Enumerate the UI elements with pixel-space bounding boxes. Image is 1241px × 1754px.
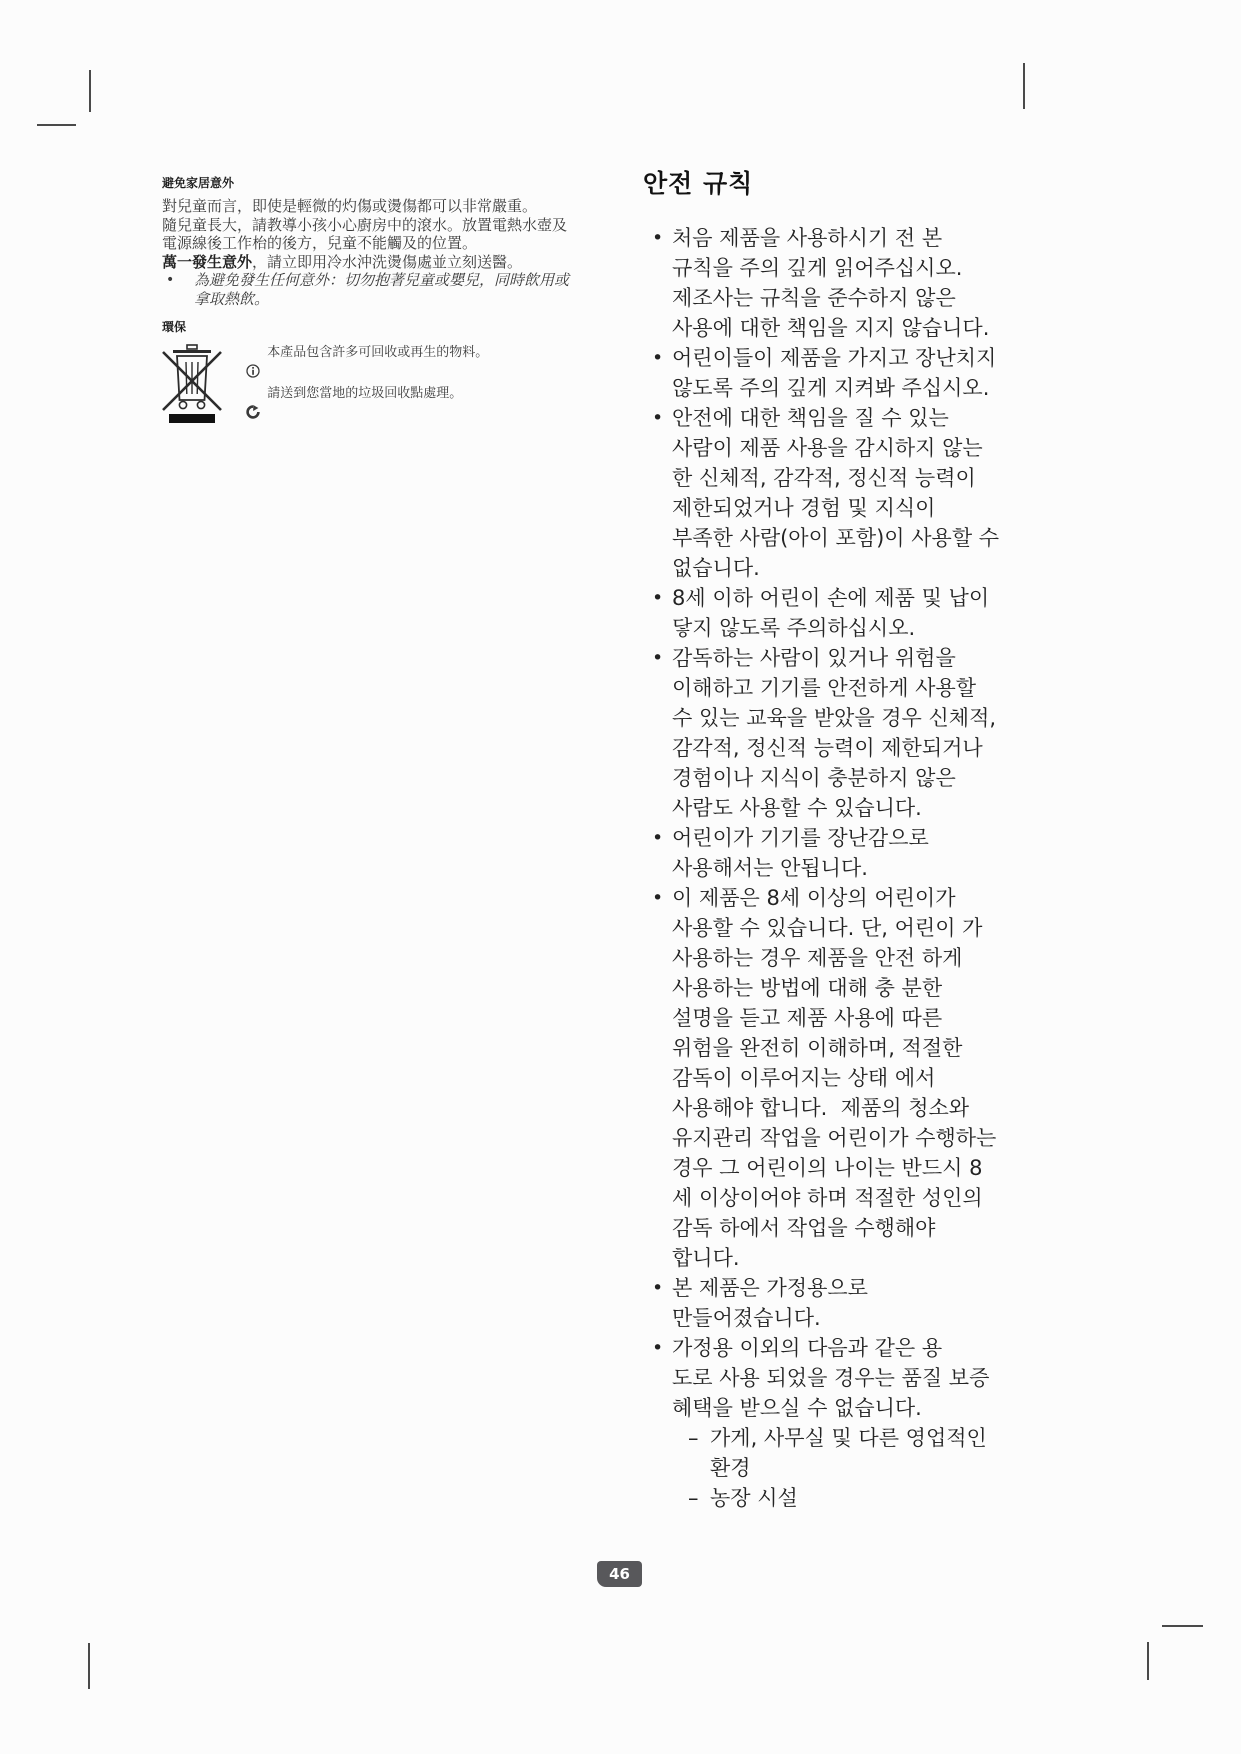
rule-line: 사람도 사용할 수 있습니다. xyxy=(672,793,1103,823)
rule-text: 본 제품은 가정용으로만들어졌습니다. xyxy=(672,1273,1103,1333)
rule-text: 어린이들이 제품을 가지고 장난치지않도록 주의 깊게 지켜봐 주십시오. xyxy=(672,343,1103,403)
rule-line: 이 제품은 8세 이상의 어린이가 xyxy=(672,883,1103,913)
recycle-arrow-icon xyxy=(246,405,260,419)
bullet-dot: • xyxy=(643,643,672,673)
weee-crossed-bin-icon xyxy=(162,343,222,423)
safety-rule-item: •처음 제품을 사용하시기 전 본규칙을 주의 깊게 읽어주십시오.제조사는 규… xyxy=(643,223,1103,343)
rule-line: 어린이가 기기를 장난감으로 xyxy=(672,823,1103,853)
recycle-arrow-icon xyxy=(238,386,260,425)
safety-rule-item: •어린이가 기기를 장난감으로사용해서는 안됩니다. xyxy=(643,823,1103,883)
bullet-line: 為避免發生任何意外：切勿抱著兒童或嬰兒，同時飲用或 xyxy=(194,271,569,290)
section-heading-environment: 環保 xyxy=(162,320,622,334)
accidents-bullet-text: 為避免發生任何意外：切勿抱著兒童或嬰兒，同時飲用或拿取熱飲。 xyxy=(194,271,569,308)
rule-line: 닿지 않도록 주의하십시오. xyxy=(672,613,1103,643)
rule-line: 감독 하에서 작업을 수행해야 xyxy=(672,1213,1103,1243)
rule-line: 합니다. xyxy=(672,1243,1103,1273)
environment-notes: 本產品包含許多可回收或再生的物料。 請送到您當地的垃圾回收點處理。 xyxy=(238,343,488,425)
rule-line: 혜택을 받으실 수 없습니다. xyxy=(672,1393,1103,1423)
rule-line: 감독이 이루어지는 상태 에서 xyxy=(672,1063,1103,1093)
rule-line: 환경 xyxy=(710,1453,1103,1483)
info-circle-icon xyxy=(246,364,260,378)
rule-line: 사람이 제품 사용을 감시하지 않는 xyxy=(672,433,1103,463)
rule-line: 세 이상이어야 하며 적절한 성인의 xyxy=(672,1183,1103,1213)
emergency-rest: ，請立即用冷水沖洗燙傷處並立刻送醫。 xyxy=(252,253,522,271)
section-heading-accidents: 避免家居意外 xyxy=(162,176,622,190)
dash-marker: – xyxy=(688,1423,710,1453)
rule-line: 사용할 수 있습니다. 단, 어린이 가 xyxy=(672,913,1103,943)
crop-mark xyxy=(1162,1625,1203,1627)
rule-line: 사용하는 방법에 대해 충 분한 xyxy=(672,973,1103,1003)
rule-line: 만들어졌습니다. xyxy=(672,1303,1103,1333)
crop-mark xyxy=(88,1643,90,1689)
bullet-dot: • xyxy=(643,823,672,853)
bullet-dot: • xyxy=(643,583,672,613)
sub-list-item: –농장 시설 xyxy=(688,1483,1103,1513)
safety-rule-item: •안전에 대한 책임을 질 수 있는사람이 제품 사용을 감시하지 않는한 신체… xyxy=(643,403,1103,583)
rule-line: 부족한 사람(아이 포함)이 사용할 수 xyxy=(672,523,1103,553)
bullet-dot: • xyxy=(643,403,672,433)
bullet-line: 拿取熱飲。 xyxy=(194,290,569,309)
environment-note: 本產品包含許多可回收或再生的物料。 xyxy=(238,343,488,384)
chinese-column: 避免家居意外 對兒童而言，即使是輕微的灼傷或燙傷都可以非常嚴重。隨兒童長大，請教… xyxy=(162,176,622,425)
rule-line: 사용해야 합니다. 제품의 청소와 xyxy=(672,1093,1103,1123)
bullet-dot: • xyxy=(643,883,672,913)
page-number-badge: 46 xyxy=(597,1561,642,1587)
rule-line: 사용에 대한 책임을 지지 않습니다. xyxy=(672,313,1103,343)
accidents-bullet: • 為避免發生任何意外：切勿抱著兒童或嬰兒，同時飲用或拿取熱飲。 xyxy=(162,271,622,308)
rule-line: 어린이들이 제품을 가지고 장난치지 xyxy=(672,343,1103,373)
bullet-dot: • xyxy=(643,1333,672,1363)
bullet-dot: • xyxy=(643,223,672,253)
paragraph-line: 對兒童而言，即使是輕微的灼傷或燙傷都可以非常嚴重。 xyxy=(162,197,622,216)
rule-text: 8세 이하 어린이 손에 제품 및 납이닿지 않도록 주의하십시오. xyxy=(672,583,1103,643)
rule-text: 가정용 이외의 다음과 같은 용도로 사용 되었을 경우는 품질 보증혜택을 받… xyxy=(672,1333,1103,1423)
rule-line: 감각적, 정신적 능력이 제한되거나 xyxy=(672,733,1103,763)
info-circle-icon xyxy=(238,345,260,384)
page-title: 안전 규칙 xyxy=(643,168,1103,200)
rule-line: 처음 제품을 사용하시기 전 본 xyxy=(672,223,1103,253)
crop-mark xyxy=(1147,1642,1149,1680)
paragraph-line: 隨兒童長大，請教導小孩小心廚房中的滾水。放置電熱水壺及 xyxy=(162,216,622,235)
rule-line: 않도록 주의 깊게 지켜봐 주십시오. xyxy=(672,373,1103,403)
rule-line: 규칙을 주의 깊게 읽어주십시오. xyxy=(672,253,1103,283)
rule-text: 이 제품은 8세 이상의 어린이가사용할 수 있습니다. 단, 어린이 가사용하… xyxy=(672,883,1103,1273)
rule-line: 농장 시설 xyxy=(710,1483,1103,1513)
rule-line: 한 신체적, 감각적, 정신적 능력이 xyxy=(672,463,1103,493)
rule-text: 안전에 대한 책임을 질 수 있는사람이 제품 사용을 감시하지 않는한 신체적… xyxy=(672,403,1103,583)
bullet-dot: • xyxy=(643,1273,672,1303)
environment-note-text: 本產品包含許多可回收或再生的物料。 xyxy=(267,343,488,362)
rule-line: 이해하고 기기를 안전하게 사용할 xyxy=(672,673,1103,703)
safety-rule-item: •가정용 이외의 다음과 같은 용도로 사용 되었을 경우는 품질 보증혜택을 … xyxy=(643,1333,1103,1423)
rule-line: 감독하는 사람이 있거나 위험을 xyxy=(672,643,1103,673)
rule-line: 경험이나 지식이 충분하지 않은 xyxy=(672,763,1103,793)
environment-note-text: 請送到您當地的垃圾回收點處理。 xyxy=(267,384,462,403)
korean-column: 안전 규칙 •처음 제품을 사용하시기 전 본규칙을 주의 깊게 읽어주십시오.… xyxy=(643,168,1103,1513)
paragraph-line: 電源線後工作枱的後方，兒童不能觸及的位置。 xyxy=(162,234,622,253)
rule-line: 도로 사용 되었을 경우는 품질 보증 xyxy=(672,1363,1103,1393)
safety-rule-item: •8세 이하 어린이 손에 제품 및 납이닿지 않도록 주의하십시오. xyxy=(643,583,1103,643)
rule-line: 사용해서는 안됩니다. xyxy=(672,853,1103,883)
emergency-lead: 萬一發生意外 xyxy=(162,253,252,271)
rule-line: 위험을 완전히 이해하며, 적절한 xyxy=(672,1033,1103,1063)
safety-rule-item: •어린이들이 제품을 가지고 장난치지않도록 주의 깊게 지켜봐 주십시오. xyxy=(643,343,1103,403)
rule-line: 제한되었거나 경험 및 지식이 xyxy=(672,493,1103,523)
crop-mark xyxy=(1023,63,1025,109)
emergency-line: 萬一發生意外，請立即用冷水沖洗燙傷處並立刻送醫。 xyxy=(162,253,622,272)
rule-line: 본 제품은 가정용으로 xyxy=(672,1273,1103,1303)
safety-rules-list: •처음 제품을 사용하시기 전 본규칙을 주의 깊게 읽어주십시오.제조사는 규… xyxy=(643,223,1103,1513)
rule-text: 감독하는 사람이 있거나 위험을이해하고 기기를 안전하게 사용할수 있는 교육… xyxy=(672,643,1103,823)
rule-line: 설명을 듣고 제품 사용에 따른 xyxy=(672,1003,1103,1033)
accidents-paragraph: 對兒童而言，即使是輕微的灼傷或燙傷都可以非常嚴重。隨兒童長大，請教導小孩小心廚房… xyxy=(162,197,622,253)
rule-text: 가게, 사무실 및 다른 영업적인환경 xyxy=(710,1423,1103,1483)
sub-list-item: –가게, 사무실 및 다른 영업적인환경 xyxy=(688,1423,1103,1483)
rule-line: 가게, 사무실 및 다른 영업적인 xyxy=(710,1423,1103,1453)
rule-line: 수 있는 교육을 받았을 경우 신체적, xyxy=(672,703,1103,733)
crop-mark xyxy=(89,70,91,112)
rule-line: 안전에 대한 책임을 질 수 있는 xyxy=(672,403,1103,433)
rule-text: 처음 제품을 사용하시기 전 본규칙을 주의 깊게 읽어주십시오.제조사는 규칙… xyxy=(672,223,1103,343)
environment-block: 本產品包含許多可回收或再生的物料。 請送到您當地的垃圾回收點處理。 xyxy=(162,343,622,425)
safety-rule-item: •이 제품은 8세 이상의 어린이가사용할 수 있습니다. 단, 어린이 가사용… xyxy=(643,883,1103,1273)
rule-line: 가정용 이외의 다음과 같은 용 xyxy=(672,1333,1103,1363)
dash-marker: – xyxy=(688,1483,710,1513)
bullet-dot: • xyxy=(162,271,194,290)
safety-rule-item: •감독하는 사람이 있거나 위험을이해하고 기기를 안전하게 사용할수 있는 교… xyxy=(643,643,1103,823)
rule-text: 어린이가 기기를 장난감으로사용해서는 안됩니다. xyxy=(672,823,1103,883)
rule-line: 경우 그 어린이의 나이는 반드시 8 xyxy=(672,1153,1103,1183)
environment-note: 請送到您當地的垃圾回收點處理。 xyxy=(238,384,488,425)
rule-line: 8세 이하 어린이 손에 제품 및 납이 xyxy=(672,583,1103,613)
rule-line: 사용하는 경우 제품을 안전 하게 xyxy=(672,943,1103,973)
rule-text: 농장 시설 xyxy=(710,1483,1103,1513)
safety-rule-item: •본 제품은 가정용으로만들어졌습니다. xyxy=(643,1273,1103,1333)
rule-line: 없습니다. xyxy=(672,553,1103,583)
rule-line: 유지관리 작업을 어린이가 수행하는 xyxy=(672,1123,1103,1153)
rule-line: 제조사는 규칙을 준수하지 않은 xyxy=(672,283,1103,313)
bullet-dot: • xyxy=(643,343,672,373)
crop-mark xyxy=(37,124,76,126)
